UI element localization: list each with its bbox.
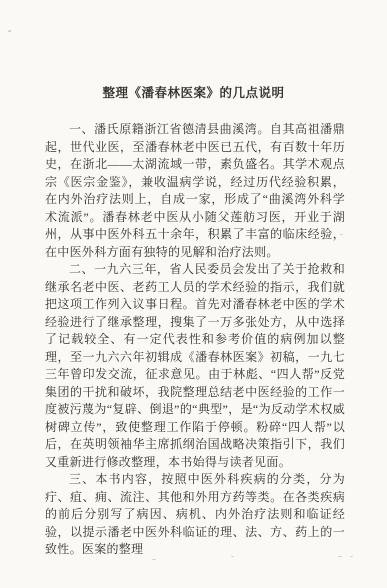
scan-speck (152, 559, 156, 560)
scan-speck (231, 556, 234, 557)
paragraph: 三、本书内容，按照中医外科疾病的分类，分为疔、疽、痈、流注、其他和外用方药等类。… (45, 471, 345, 559)
scan-speck (350, 556, 353, 557)
paragraph: 一、潘氏原籍浙江省德清县曲溪湾。自其高祖潘鼎起，世代业医，至潘春林老中医已五代，… (45, 121, 345, 261)
scanned-page: 整理《潘春林医案》的几点说明 一、潘氏原籍浙江省德清县曲溪湾。自其高祖潘鼎起，世… (0, 0, 387, 588)
scan-speck (327, 234, 331, 235)
scan-speck (8, 30, 11, 32)
scan-speck (338, 556, 342, 557)
paragraph: 二、一九六三年，省人民委员会发出了关于抢救和继承名老中医、老药工人员的学术经验的… (45, 261, 345, 471)
page-title: 整理《潘春林医案》的几点说明 (0, 0, 387, 101)
scan-speck (340, 234, 343, 235)
text-block: 一、潘氏原籍浙江省德清县曲溪湾。自其高祖潘鼎起，世代业医，至潘春林老中医已五代，… (45, 121, 345, 559)
